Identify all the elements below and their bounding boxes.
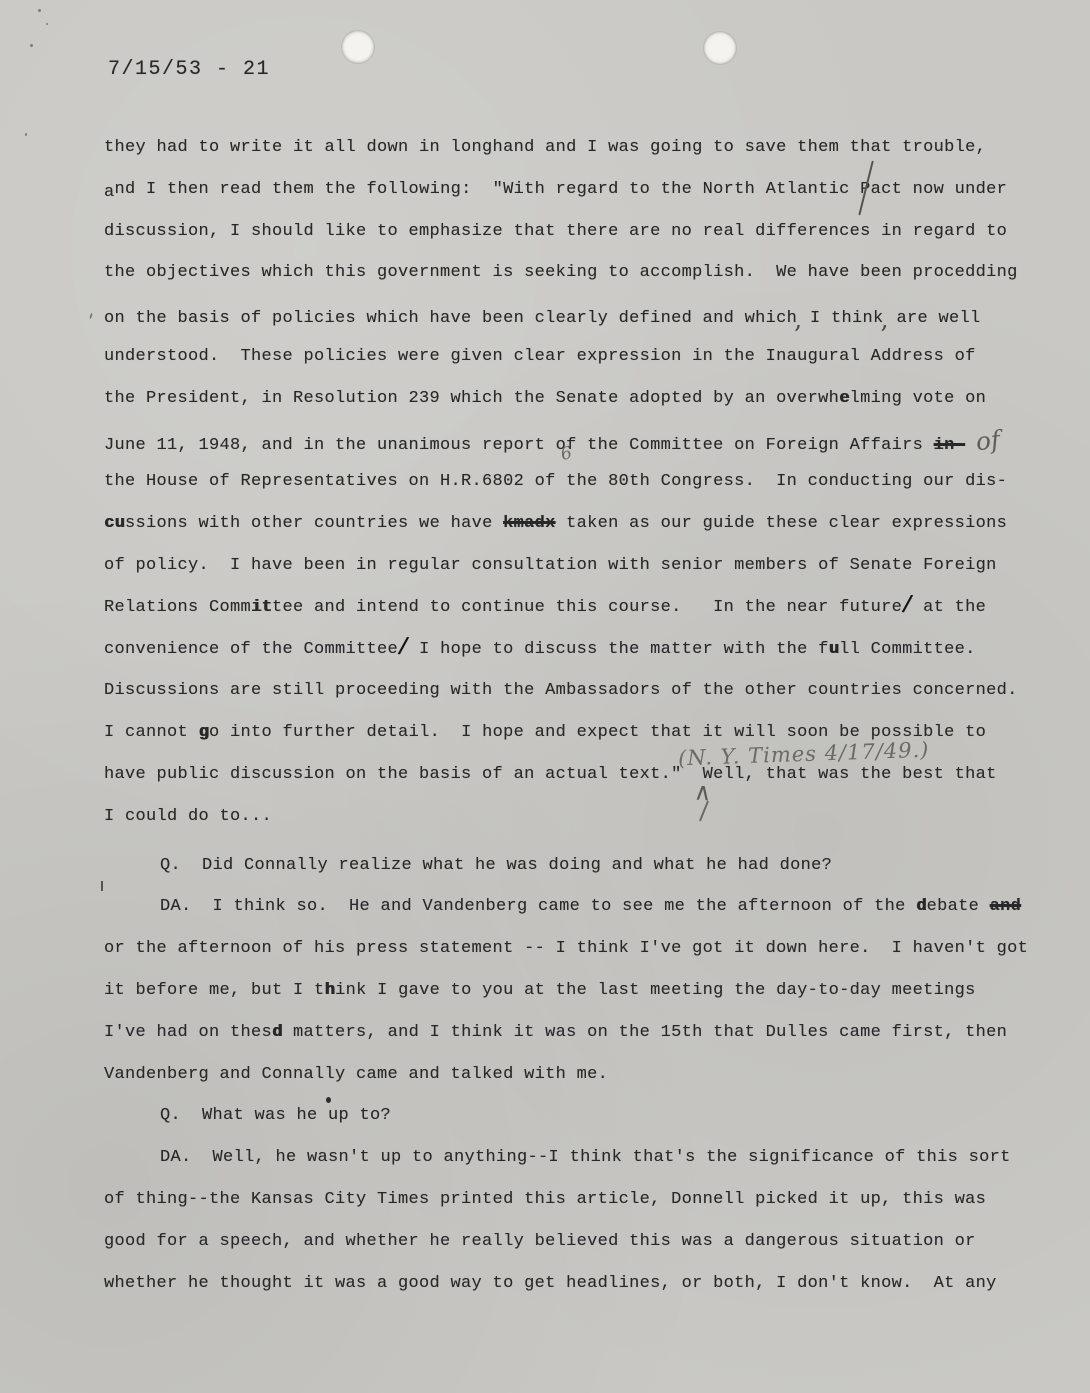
transcript-line: cussions with other countries we have km…	[104, 503, 1064, 545]
transcript-line: the President, in Resolution 239 which t…	[104, 378, 1064, 420]
transcript-line: Q. Did Connally realize what he was doin…	[104, 845, 1064, 887]
transcript-line: the objectives which this government is …	[104, 252, 1064, 294]
paper-speck	[89, 313, 93, 319]
transcript-line: on the basis of policies which have been…	[104, 294, 1064, 336]
transcript-line: DA. Well, he wasn't up to anything--I th…	[104, 1137, 1064, 1179]
transcript-line: convenience of the Committee/ I hope to …	[104, 629, 1064, 671]
transcript-lines: they had to write it all down in longhan…	[104, 127, 1064, 1304]
transcript-line: Q. What was he up to?	[104, 1095, 1064, 1137]
transcript-line: I've had on thesd matters, and I think i…	[104, 1012, 1064, 1054]
punch-hole-icon	[342, 31, 374, 63]
margin-tick-mark	[101, 881, 103, 891]
transcript-line: I could do to...	[104, 796, 1064, 838]
paper-speck	[46, 23, 48, 25]
paper-speck	[38, 9, 41, 12]
transcript-line: DA. I think so. He and Vandenberg came t…	[104, 886, 1064, 928]
transcript-line: of thing--the Kansas City Times printed …	[104, 1179, 1064, 1221]
transcript-line: June 11, 1948, and in the unanimous repo…	[104, 420, 1064, 462]
transcript-line: understood. These policies were given cl…	[104, 336, 1064, 378]
paper-speck	[25, 133, 27, 136]
punch-hole-icon	[704, 32, 736, 64]
transcript-line: Relations Committee and intend to contin…	[104, 587, 1064, 629]
transcript-line: discussion, I should like to emphasize t…	[104, 211, 1064, 253]
transcript-line: the House of Representatives on H.R.6802…	[104, 461, 1064, 503]
transcript-line: whether he thought it was a good way to …	[104, 1263, 1064, 1305]
paper-speck	[30, 44, 33, 47]
transcript-line: Vandenberg and Connally came and talked …	[104, 1054, 1064, 1096]
document-page: 7/15/53 - 21 they had to write it all do…	[0, 0, 1090, 1393]
transcript-line: Discussions are still proceeding with th…	[104, 670, 1064, 712]
transcript-line: it before me, but I think I gave to you …	[104, 970, 1064, 1012]
transcript-line: and I then read them the following: "Wit…	[104, 169, 1064, 211]
transcript-line: good for a speech, and whether he really…	[104, 1221, 1064, 1263]
date-page-header: 7/15/53 - 21	[108, 58, 270, 81]
transcript-line: of policy. I have been in regular consul…	[104, 545, 1064, 587]
stray-ink-dot	[326, 1097, 331, 1103]
transcript-line: or the afternoon of his press statement …	[104, 928, 1064, 970]
transcript-line: they had to write it all down in longhan…	[104, 127, 1064, 169]
insertion-caret-mark: ∧	[693, 777, 712, 806]
